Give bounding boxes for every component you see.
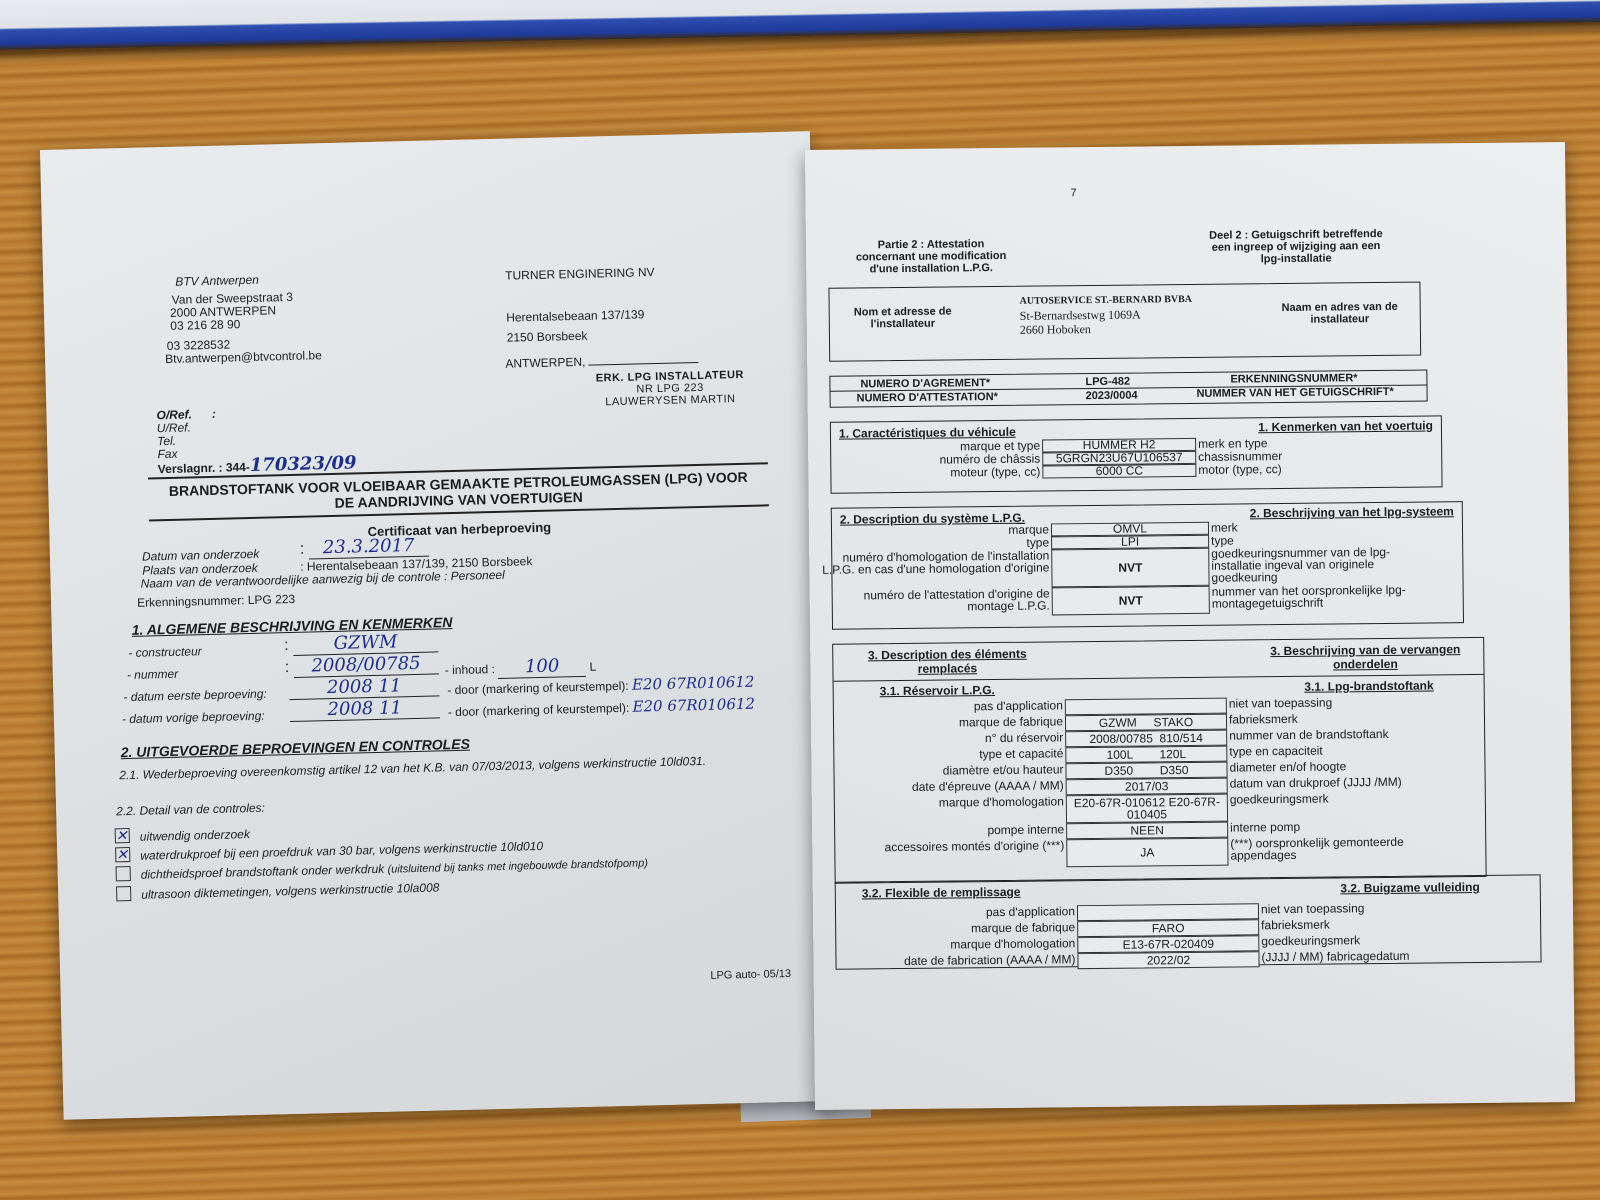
field-value: JA xyxy=(1066,838,1228,868)
field-value xyxy=(1077,903,1259,921)
checkbox[interactable] xyxy=(116,886,131,901)
field-value: GZWM STAKO xyxy=(1065,714,1227,732)
field-value: NVT xyxy=(1051,548,1209,588)
retest-certificate-page: BTV Antwerpen Van der Sweepstraat 3 2000… xyxy=(40,131,833,1120)
field-label-nl: type en capaciteit xyxy=(1229,743,1449,757)
field-label-fr: pas d'application xyxy=(845,905,1075,919)
tank-title-fr: 3.1. Réservoir L.P.G. xyxy=(880,683,995,698)
field-value: 100L 120L xyxy=(1065,746,1227,764)
installer-stamp: ERK. LPG INSTALLATEUR NR LPG 223 LAUWERY… xyxy=(596,369,745,409)
field-label-fr: type et capacité xyxy=(833,747,1063,761)
field-label-fr: marque de fabrique xyxy=(833,715,1063,729)
checkbox[interactable] xyxy=(116,866,131,881)
field-value: D350 D350 xyxy=(1065,762,1227,780)
vehicle-title-nl: 1. Kenmerken van het voertuig xyxy=(1258,418,1433,434)
field-value: 2008/00785 810/514 xyxy=(1065,730,1227,748)
prev-test-door: - door (markering of keurstempel): E20 6… xyxy=(448,695,756,721)
field-label-fr: n° du réservoir xyxy=(833,731,1063,745)
lpg-title-nl: 2. Beschrijving van het lpg-systeem xyxy=(1250,504,1454,520)
tank-title-nl: 3.1. Lpg-brandstoftank xyxy=(1304,678,1433,693)
field-label-nl: motor (type, cc) xyxy=(1198,462,1418,476)
field-label-fr: date de fabrication (AAAA / MM) xyxy=(845,953,1075,967)
field-value: 6000 CC xyxy=(1042,464,1196,479)
field-value: 2022/02 xyxy=(1077,951,1259,969)
field-label-fr: marque d'homologation xyxy=(834,795,1064,809)
hose-title-fr: 3.2. Flexible de remplissage xyxy=(862,885,1021,901)
section-2-title: 2. UITGEVOERDE BEPROEVINGEN EN CONTROLES xyxy=(121,736,471,761)
field-label-fr: pompe interne xyxy=(834,823,1064,837)
prev-test-field: 2008 11 xyxy=(290,696,440,722)
field-value: FARO xyxy=(1077,919,1259,937)
field-value: 2017/03 xyxy=(1066,778,1228,796)
section-2-2: 2.2. Detail van de controles: xyxy=(116,801,265,819)
installer-label-fr: Nom et adresse de l'installateur xyxy=(848,305,958,330)
field-label-fr: marque de fabrique xyxy=(845,921,1075,935)
field-label-nl: nummer van de brandstoftank xyxy=(1229,727,1449,741)
hose-title-nl: 3.2. Buigzame vulleiding xyxy=(1340,880,1480,895)
replaced-title-fr: 3. Description des éléments remplacés xyxy=(857,647,1037,677)
field-label-fr: numéro de l'attestation d'origine de mon… xyxy=(820,587,1050,613)
nummer-label: - nummer xyxy=(127,667,179,682)
reference-block: O/Ref. : U/Ref. Tel. Fax Verslagnr. : 34… xyxy=(156,404,356,476)
header-fr: Partie 2 : Attestationconcernant une mod… xyxy=(836,238,1026,276)
agreement-number: LPG-482 xyxy=(1085,376,1130,388)
exam-date: : 23.3.2017 xyxy=(300,535,429,560)
field-label-nl: interne pomp xyxy=(1230,819,1450,833)
field-label-fr: diamètre et/ou hauteur xyxy=(833,763,1063,777)
field-value: NEEN xyxy=(1066,822,1228,840)
recipient-name: TURNER ENGINERING NV xyxy=(505,265,655,283)
page-number: 7 xyxy=(1070,187,1076,199)
field-label-nl: merk xyxy=(1211,519,1431,533)
field-label-nl: (JJJJ / MM) fabricagedatum xyxy=(1261,949,1481,963)
field-label-nl: goedkeuringsmerk xyxy=(1261,933,1481,947)
field-label-fr: marque xyxy=(819,523,1049,537)
attestation-number: 2023/0004 xyxy=(1086,390,1138,403)
constructeur-label: - constructeur xyxy=(128,644,202,660)
replaced-title-nl: 3. Beschrijving van de vervangen onderde… xyxy=(1255,642,1475,672)
field-label-nl: niet van toepassing xyxy=(1229,695,1449,709)
form-footer: LPG auto- 05/13 xyxy=(710,968,791,982)
lpg-attestation-page: 7 Partie 2 : Attestationconcernant une m… xyxy=(805,142,1575,1110)
field-label-fr: moteur (type, cc) xyxy=(810,466,1040,480)
recipient-street: Herentalsebeaan 137/139 xyxy=(506,307,644,324)
sender-phone: 03 216 28 90 xyxy=(170,317,240,333)
prev-test-label: - datum vorige beproeving: xyxy=(122,709,265,726)
binder-background xyxy=(0,0,1600,50)
field-label-fr: numéro d'homologation de l'installation … xyxy=(819,549,1049,575)
field-label-nl: (***) oorspronkelijk gemonteerde appenda… xyxy=(1230,835,1450,861)
field-label-nl: diameter en/of hoogte xyxy=(1229,759,1449,773)
installer-label-nl: Naam en adres van de installateur xyxy=(1270,301,1410,326)
sender-name: BTV Antwerpen xyxy=(175,273,259,289)
field-label-nl: merk en type xyxy=(1198,436,1418,450)
checks-list: uitwendig onderzoek waterdrukproef bij e… xyxy=(115,815,649,905)
place-date: ANTWERPEN, xyxy=(505,352,699,371)
field-value xyxy=(1065,698,1227,716)
recipient-city: 2150 Borsbeek xyxy=(507,329,588,345)
field-value: E20-67R-010612 E20-67R-010405 xyxy=(1066,794,1228,824)
field-label-nl: datum van drukproef (JJJJ /MM) xyxy=(1230,775,1450,789)
checkbox[interactable] xyxy=(115,828,130,843)
attestation-label-fr: NUMERO D'ATTESTATION* xyxy=(857,391,998,404)
field-label-nl: nummer van het oorspronkelijke lpg-monta… xyxy=(1212,583,1432,609)
header-nl: Deel 2 : Getuigschrift betreffendeeen in… xyxy=(1186,228,1406,266)
field-label-fr: marque d'homologation xyxy=(845,937,1075,951)
field-value: E13-67R-020409 xyxy=(1077,935,1259,953)
recognition-number: Erkenningsnummer: LPG 223 xyxy=(137,592,295,610)
field-label-nl: chassisnummer xyxy=(1198,449,1418,463)
agreement-label-nl: ERKENNINGSNUMMER* xyxy=(1230,372,1357,385)
field-label-nl: fabrieksmerk xyxy=(1261,917,1481,931)
sender-email: Btv.antwerpen@btvcontrol.be xyxy=(165,348,322,366)
first-test-label: - datum eerste beproeving: xyxy=(123,687,267,704)
agreement-box: NUMERO D'AGREMENT* LPG-482 ERKENNINGSNUM… xyxy=(829,369,1427,407)
installer-box: Nom et adresse de l'installateur AUTOSER… xyxy=(828,282,1421,362)
installer-address: AUTOSERVICE ST.-BERNARD BVBA St-Bernards… xyxy=(1020,293,1193,337)
field-label-fr: date d'épreuve (AAAA / MM) xyxy=(834,779,1064,793)
attestation-label-nl: NUMMER VAN HET GETUIGSCHRIFT* xyxy=(1197,386,1394,400)
field-value: NVT xyxy=(1052,586,1210,616)
field-label-nl: goedkeuringsmerk xyxy=(1230,791,1450,805)
field-label-fr: accessoires montés d'origine (***) xyxy=(834,839,1064,853)
field-label-fr: pas d'application xyxy=(833,699,1063,713)
checkbox[interactable] xyxy=(115,847,130,862)
field-label-nl: niet van toepassing xyxy=(1261,901,1481,915)
field-label-nl: fabrieksmerk xyxy=(1229,711,1449,725)
field-label-nl: goedkeuringsnummer van de lpg-installati… xyxy=(1211,545,1431,583)
